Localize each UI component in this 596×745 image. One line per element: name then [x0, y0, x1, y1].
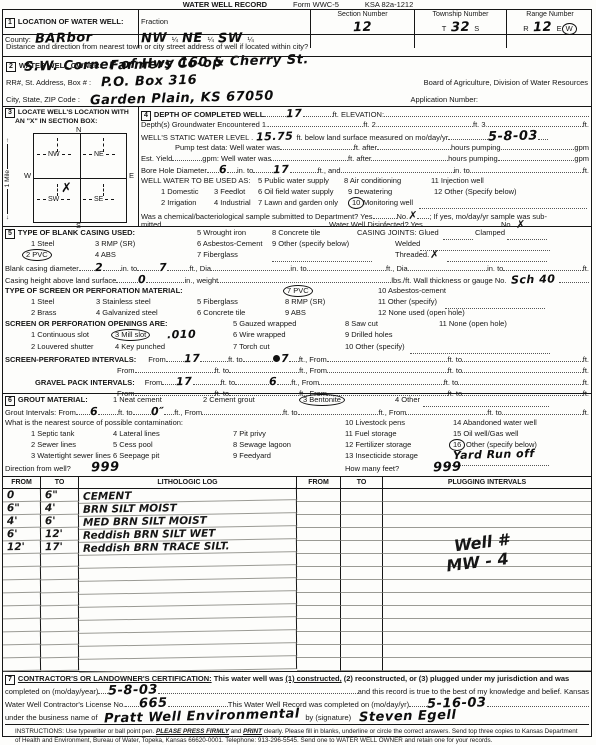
township-t: T — [442, 24, 447, 33]
section-2-number: 2 — [6, 62, 16, 72]
option-pvc-screen-circled: 7 PVC — [283, 285, 313, 297]
option-asbestos-cement: 6 Asbestos-Cement — [197, 239, 262, 248]
elevation-label: ft. ELEVATION: — [333, 110, 384, 119]
option-gauzed-wrapped: 5 Gauzed wrapped — [233, 319, 296, 328]
dotted-leader — [271, 153, 348, 161]
pump-after-label: ft. after — [354, 143, 377, 152]
use-title: WELL WATER TO BE USED AS: — [141, 176, 250, 185]
option-steel-screen: 1 Steel — [31, 297, 54, 306]
dotted-leader — [202, 407, 283, 415]
section-2-title: WATER WELL OWNER: — [19, 61, 102, 70]
well-x-mark: ✗ — [61, 182, 73, 195]
casing-height-value: 0 — [138, 274, 146, 285]
cell-from-2 — [297, 489, 341, 502]
table-row: 6" 4' BRN SILT MOIST — [3, 502, 591, 515]
county-value: BARbor — [35, 31, 93, 46]
quadrant-se: SE — [83, 196, 114, 203]
col-to: TO — [41, 477, 79, 489]
dotted-leader — [538, 132, 548, 140]
section-3-number: 3 — [5, 108, 15, 118]
option-asbestos-cement-screen: 10 Asbestos-cement — [378, 286, 446, 295]
county-cell: 1LOCATION OF WATER WELL: County: BARbor — [3, 10, 139, 48]
section-location-depth: 3LOCATE WELL'S LOCATION WITH AN "X" IN S… — [3, 107, 591, 227]
option-none-open-hole-2: 11 None (open hole) — [439, 319, 507, 328]
option-domestic: 1 Domestic — [161, 187, 199, 196]
dotted-leader — [98, 686, 108, 694]
dotted-leader — [448, 132, 488, 140]
cell-to-2 — [341, 658, 383, 671]
cell-from — [3, 658, 41, 672]
cell-from-2 — [297, 645, 341, 658]
option-brass: 2 Brass — [31, 308, 56, 317]
dotted-leader — [218, 275, 391, 283]
col-plugging-intervals: PLUGGING INTERVALS — [383, 477, 591, 489]
section-number-cell: Section Number 12 — [311, 10, 415, 48]
cell-from — [3, 554, 41, 568]
gp-ft-label: ft. — [583, 378, 589, 387]
west-label: W — [24, 171, 31, 180]
option-livestock-pens: 10 Livestock pens — [345, 418, 405, 427]
cell-to-2 — [341, 515, 383, 528]
grout-ftto-label: ft. to — [118, 408, 133, 417]
cell-from-2 — [297, 593, 341, 606]
quadrant-sw: SW — [37, 196, 70, 203]
bd-into-label: in. to — [121, 264, 137, 273]
cell-to-2 — [341, 489, 383, 502]
lith-table-header: FROM TO LITHOLOGIC LOG FROM TO PLUGGING … — [3, 477, 591, 489]
cell-from — [3, 567, 41, 581]
section-box: NW NE SW SE ✗ — [33, 133, 127, 223]
dotted-leader — [243, 354, 273, 362]
dotted-leader — [146, 275, 184, 283]
cell-to: 6' — [41, 515, 79, 529]
gp-ftto2-label: ft. to — [444, 378, 459, 387]
direction-value: 999 — [91, 461, 120, 475]
grout-ftto3-label: ft. to — [487, 408, 502, 417]
pump-test-label: Pump test data: Well water was — [175, 143, 280, 152]
option-rmp-sr-screen: 8 RMP (SR) — [285, 297, 325, 306]
cell-to — [41, 554, 79, 568]
dotted-leader — [409, 699, 427, 707]
mile-bar — [7, 189, 9, 214]
grout-intervals-label: Grout Intervals: From — [5, 408, 76, 417]
dotted-leader — [125, 699, 139, 707]
table-row: 4' 6' MED BRN SILT MOIST — [3, 515, 591, 528]
yield-gpm-label: gpm: Well water was — [202, 154, 271, 163]
dotted-leader — [193, 377, 221, 385]
cell-plugging — [383, 580, 591, 593]
option-wrought-iron: 5 Wrought iron — [197, 228, 246, 237]
dotted-leader — [211, 263, 290, 271]
signature-label: by (signature) — [305, 713, 351, 722]
east-label: E — [129, 171, 134, 180]
si-ftto2-label: ft. to — [447, 355, 462, 364]
dotted-leader — [268, 119, 363, 127]
dotted-leader — [488, 119, 583, 127]
dotted-leader — [458, 377, 582, 385]
option-lateral-lines: 4 Lateral lines — [113, 429, 160, 438]
business-name-value: Pratt Well Environmental — [103, 707, 299, 725]
business-name-label: under the business name of — [5, 713, 98, 722]
cell-log — [79, 656, 297, 673]
dotted-leader — [164, 407, 174, 415]
cell-to: 6" — [41, 489, 79, 503]
cell-from: 12' — [3, 541, 41, 555]
dash-icon — [83, 199, 92, 201]
yield-hours-label: hours pumping — [448, 154, 498, 163]
bore-ft2-label: ft. — [583, 166, 589, 175]
dotted-leader — [168, 699, 228, 707]
dotted-leader — [470, 165, 583, 173]
option-stainless-steel: 3 Stainless steel — [96, 297, 151, 306]
dotted-leader — [235, 377, 269, 385]
table-row — [3, 606, 591, 619]
option-air-conditioning: 8 Air conditioning — [344, 176, 401, 185]
dash-icon — [83, 154, 92, 156]
si2-ftto-label: ft. to — [215, 366, 230, 375]
quadrant-ne: NE — [83, 151, 115, 158]
table-row — [3, 632, 591, 645]
lith-table-body: 0 6" CEMENT 6" 4' BRN SILT MOIST 4' 6' M… — [3, 489, 591, 671]
cell-to-2 — [341, 593, 383, 606]
bd-dia-label: ft., Dia — [189, 264, 211, 273]
fraction-label: Fraction — [141, 17, 168, 26]
est-yield-label: Est. Yield — [141, 154, 172, 163]
dotted-leader — [133, 407, 151, 415]
ink-blot-icon — [273, 355, 280, 362]
table-row: 0 6" CEMENT — [3, 489, 591, 502]
cell-plugging — [383, 645, 591, 658]
option-watertight-sewer: 3 Watertight sewer lines — [31, 451, 111, 460]
cell-from — [3, 580, 41, 594]
si2-ftfrom-label: ft., From — [299, 366, 327, 375]
dotted-leader — [135, 365, 215, 373]
cell-to-2 — [341, 619, 383, 632]
cell-to — [41, 619, 79, 633]
si2-ft-label: ft. — [583, 366, 589, 375]
cell-from-2 — [297, 567, 341, 580]
instructions-text-1: INSTRUCTIONS: Use typewriter or ball poi… — [15, 728, 154, 735]
dotted-leader — [229, 365, 299, 373]
section-1-number: 1 — [5, 18, 15, 28]
dotted-leader — [98, 407, 118, 415]
option-cess-pool: 5 Cess pool — [113, 440, 153, 449]
option-monitoring-well-circled: 10 — [348, 197, 364, 209]
blank-casing-diameter-label: Blank casing diameter — [5, 264, 79, 273]
dotted-leader — [303, 109, 333, 117]
instructions-text-3: of Health and Environment, Bureau of Wat… — [15, 737, 492, 744]
si-ftfrom-label: ft., From — [299, 355, 327, 364]
option-irrigation: 2 Irrigation — [161, 198, 196, 207]
section-location: 1LOCATION OF WATER WELL: County: BARbor … — [3, 10, 591, 56]
section-number-value: 12 — [353, 21, 372, 34]
dashed-line — [103, 184, 105, 196]
section-box-panel: 3LOCATE WELL'S LOCATION WITH AN "X" IN S… — [3, 107, 139, 226]
dotted-leader — [158, 686, 357, 694]
dash-icon — [37, 154, 46, 156]
application-number-label: Application Number: — [410, 95, 478, 104]
option-sewer-lines: 2 Sewer lines — [31, 440, 76, 449]
dash-icon — [37, 199, 46, 201]
cell-to-2 — [341, 606, 383, 619]
dotted-leader — [417, 211, 429, 219]
dotted-leader — [264, 109, 286, 117]
dotted-leader — [79, 263, 95, 271]
option-sewage-lagoon: 8 Sewage lagoon — [233, 440, 291, 449]
gravel-pack-from-value: 17 — [176, 376, 193, 387]
city-value: Garden Plain, KS 67050 — [90, 90, 274, 108]
si2-from-label: From — [117, 366, 135, 375]
township-s: S — [474, 24, 479, 33]
option-rmp-sr: 3 RMP (SR) — [95, 239, 135, 248]
cell-plugging — [383, 658, 591, 671]
table-row — [3, 580, 591, 593]
option-oil-gas-well: 15 Oil well/Gas well — [453, 429, 518, 438]
cell-from-2 — [297, 606, 341, 619]
how-many-feet-question: How many feet? — [345, 464, 399, 473]
gravel-pack-to-value: 6 — [269, 376, 277, 387]
cell-from — [3, 606, 41, 620]
dotted-leader — [200, 354, 228, 362]
bd-into3-label: in. to — [487, 264, 503, 273]
instructions-text-2: clearly. Please fill in blanks, underlin… — [264, 728, 578, 735]
casing-joints-clamped-label: Clamped — [475, 228, 505, 237]
agency-label: Board of Agriculture, Division of Water … — [424, 78, 588, 87]
option-torch-cut: 7 Torch cut — [233, 342, 270, 351]
form-header: WATER WELL RECORD Form WWC-5 KSA 82a-121… — [0, 0, 596, 9]
cell-from: 6' — [3, 528, 41, 542]
bd-dia2-label: ft., Dia — [386, 264, 408, 273]
option-concrete-tile: 8 Concrete tile — [272, 228, 320, 237]
cell-to-2 — [341, 554, 383, 567]
static-level-label: WELL'S STATIC WATER LEVEL . — [141, 133, 253, 142]
cell-plugging — [383, 593, 591, 606]
dotted-leader — [319, 377, 443, 385]
si-from-label: From — [148, 355, 166, 364]
grout-to-value: 0″ — [150, 406, 164, 417]
cell-from-2 — [297, 632, 341, 645]
cell-plugging — [383, 632, 591, 645]
option-bentonite-circled: 3 Bentonite — [299, 394, 345, 406]
dash-icon — [61, 199, 70, 201]
dashed-line — [103, 138, 105, 152]
si2-ftto2-label: ft. to — [448, 366, 463, 375]
instructions: INSTRUCTIONS: Use typewriter or ball poi… — [5, 724, 589, 745]
bd-into2-label: in. to — [290, 264, 306, 273]
dotted-leader — [272, 254, 372, 262]
press-firmly-label: PLEASE PRESS FIRMLY — [156, 728, 229, 735]
gp-ftto-label: ft. to — [221, 378, 236, 387]
dotted-leader — [327, 354, 448, 362]
option-cement-grout: 2 Cement grout — [203, 395, 255, 404]
option-abandoned-well: 14 Abandoned water well — [453, 418, 537, 427]
option-other-use: 12 Other (Specify below) — [434, 187, 517, 196]
signature-value: Steven Egell — [359, 709, 457, 725]
groundwater-label: Depth(s) Groundwater Encountered 1. — [141, 120, 268, 129]
groundwater-2-label: ft. 2. — [363, 120, 378, 129]
well-number-note: Well # MW - 4 — [453, 530, 512, 574]
gravel-pack-title: GRAVEL PACK INTERVALS: — [35, 378, 135, 387]
dotted-leader — [462, 365, 583, 373]
range-value: 12 — [533, 21, 552, 34]
depth-panel: 4DEPTH OF COMPLETED WELL 17 ft. ELEVATIO… — [139, 107, 591, 226]
cell-to-2 — [341, 632, 383, 645]
section-6-number: 6 — [5, 396, 15, 406]
fraction-cell: Fraction NW ¼ NE ¼ SW ¼ — [139, 10, 311, 48]
township-label: Township Number — [417, 11, 504, 18]
dash-icon — [105, 199, 114, 201]
cell-to-2 — [341, 541, 383, 554]
option-lawn-garden: 7 Lawn and garden only — [258, 198, 338, 207]
grout-from3-label: ft., From — [378, 408, 406, 417]
cell-from-2 — [297, 502, 341, 515]
groundwater-3-label: ft. 3. — [473, 120, 488, 129]
range-cell: Range Number R 12 EW — [507, 10, 593, 48]
range-e: E — [557, 24, 562, 33]
yield-gpm2-label: gpm — [574, 154, 589, 163]
dotted-leader — [406, 407, 487, 415]
cell-from — [3, 632, 41, 646]
option-monitoring-well-label: Monitoring well — [363, 198, 413, 207]
dotted-leader — [373, 211, 397, 219]
wall-thickness-value: Sch 40 — [510, 273, 555, 285]
form-title: WATER WELL RECORD — [183, 0, 267, 9]
grout-ftto2-label: ft. to — [283, 408, 298, 417]
screen-material-title: TYPE OF SCREEN OR PERFORATION MATERIAL: — [5, 286, 183, 295]
cell-to — [41, 606, 79, 620]
blank-casing-depth-value: 7 — [159, 262, 167, 273]
bore-diameter-value: 6 — [219, 164, 227, 175]
dotted-leader — [166, 354, 184, 362]
screen-intervals-title: SCREEN-PERFORATED INTERVALS: — [5, 355, 136, 364]
print-label: PRINT — [243, 728, 262, 735]
option-none-open-hole: 12 None used (open hole) — [378, 308, 465, 317]
dotted-leader — [298, 407, 379, 415]
table-row — [3, 658, 591, 671]
cell-to: 4' — [41, 502, 79, 516]
screen-interval-to-value: 7 — [281, 353, 289, 364]
cell-to — [41, 658, 79, 672]
mill-slot-size-value: .010 — [167, 329, 196, 341]
one-mile-label: 1 Mile — [4, 169, 11, 188]
section-1-title: LOCATION OF WATER WELL: — [18, 17, 124, 26]
bore-depth-value: 17 — [273, 164, 290, 175]
cert-text-2: (2) reconstructed, or (3) plugged under … — [344, 674, 569, 683]
bd-ft-label: ft. — [583, 264, 589, 273]
option-other-screen: 11 Other (specify) — [378, 297, 437, 306]
dotted-leader — [377, 142, 451, 150]
option-key-punched: 4 Key punched — [115, 342, 165, 351]
dotted-leader — [378, 119, 473, 127]
cell-from — [3, 645, 41, 659]
cell-from-2 — [297, 528, 341, 541]
dashed-line — [57, 184, 59, 196]
grout-ft-label: ft. — [583, 408, 589, 417]
cell-to-2 — [341, 528, 383, 541]
depth-completed-value: 17 — [286, 108, 303, 119]
dashed-line — [57, 138, 59, 152]
arrow-up-icon: ↑ — [6, 137, 9, 144]
dotted-leader — [384, 109, 589, 117]
owner-value: Farmers Co-op — [110, 57, 223, 73]
cell-from — [3, 619, 41, 633]
table-row — [3, 593, 591, 606]
screen-openings-title: SCREEN OR PERFORATION OPENINGS ARE: — [5, 319, 168, 328]
option-public-water-supply: 5 Public water supply — [258, 176, 329, 185]
cell-to: 12' — [41, 528, 79, 542]
col-to-2: TO — [341, 477, 383, 489]
option-concrete-tile-screen: 6 Concrete tile — [197, 308, 245, 317]
bore-into-label: in. to — [237, 166, 253, 175]
screen-interval-from-value: 17 — [184, 353, 201, 364]
township-cell: Township Number T 32 S — [415, 10, 507, 48]
yield-after-label: ft. after — [348, 154, 371, 163]
cert-text-1: This water well was — [214, 674, 284, 683]
cell-to — [41, 645, 79, 659]
casing-joints-glued-label: CASING JOINTS: Glued — [357, 228, 439, 237]
si-ft-label: ft. — [583, 355, 589, 364]
cell-from-2 — [297, 554, 341, 567]
dotted-leader — [408, 263, 487, 271]
section-certification: 7CONTRACTOR'S OR LANDOWNER'S CERTIFICATI… — [3, 672, 591, 745]
dotted-leader — [290, 165, 318, 173]
dotted-leader — [498, 153, 575, 161]
mile-bar — [7, 144, 9, 169]
dotted-leader — [227, 165, 237, 173]
range-label: Range Number — [509, 11, 591, 18]
option-fertilizer-storage: 12 Fertilizer storage — [345, 440, 411, 449]
si-ftto-label: ft. to — [228, 355, 243, 364]
option-septic-tank: 1 Septic tank — [31, 429, 74, 438]
city-label: City, State, ZIP Code : — [6, 95, 80, 104]
fraction-2: NE — [182, 32, 203, 46]
casing-title: TYPE OF BLANK CASING USED: — [18, 228, 135, 237]
dotted-leader — [327, 365, 448, 373]
fraction-1: NW — [141, 32, 168, 46]
gp-ftfrom-label: ft., From — [291, 378, 319, 387]
license-label: Water Well Contractor's License No. — [5, 700, 125, 709]
bore-and-label: ft., and — [318, 166, 341, 175]
section-number-label: Section Number — [313, 11, 412, 18]
grout-from-value: 6 — [90, 406, 98, 417]
dotted-leader — [207, 165, 219, 173]
option-other-casing: 9 Other (specify below) — [272, 239, 349, 248]
weight-label: in., weight — [184, 276, 218, 285]
quarter-2: ¼ — [208, 35, 214, 44]
groundwater-ft-label: ft. — [583, 120, 589, 129]
dotted-leader — [503, 263, 582, 271]
option-neat-cement: 1 Neat cement — [113, 395, 162, 404]
section-3-title-1: LOCATE WELL'S LOCATION WITH — [18, 109, 129, 116]
cert-constructed-underlined: (1) constructed, — [285, 674, 341, 683]
section-owner: 2WATER WELL OWNER: Farmers Co-op RR#, St… — [3, 56, 591, 107]
option-steel-casing: 1 Steel — [31, 239, 54, 248]
cell-from-2 — [297, 619, 341, 632]
dotted-leader — [76, 407, 90, 415]
section-5-number: 5 — [5, 229, 15, 239]
quadrant-nw: NW — [37, 151, 71, 158]
dotted-leader — [289, 354, 299, 362]
threaded-x-mark: ✗ — [430, 248, 439, 261]
lithologic-table: FROM TO LITHOLOGIC LOG FROM TO PLUGGING … — [3, 477, 591, 672]
form-body: 1LOCATION OF WATER WELL: County: BARbor … — [2, 9, 592, 737]
static-level-mid-label: ft. below land surface measured on mo/da… — [296, 133, 448, 142]
option-dewatering: 9 Dewatering — [348, 187, 392, 196]
option-other-grout: 4 Other — [395, 395, 420, 404]
dash-icon — [62, 154, 71, 156]
cell-from: 6" — [3, 502, 41, 516]
feet-value: 999 — [433, 461, 462, 475]
